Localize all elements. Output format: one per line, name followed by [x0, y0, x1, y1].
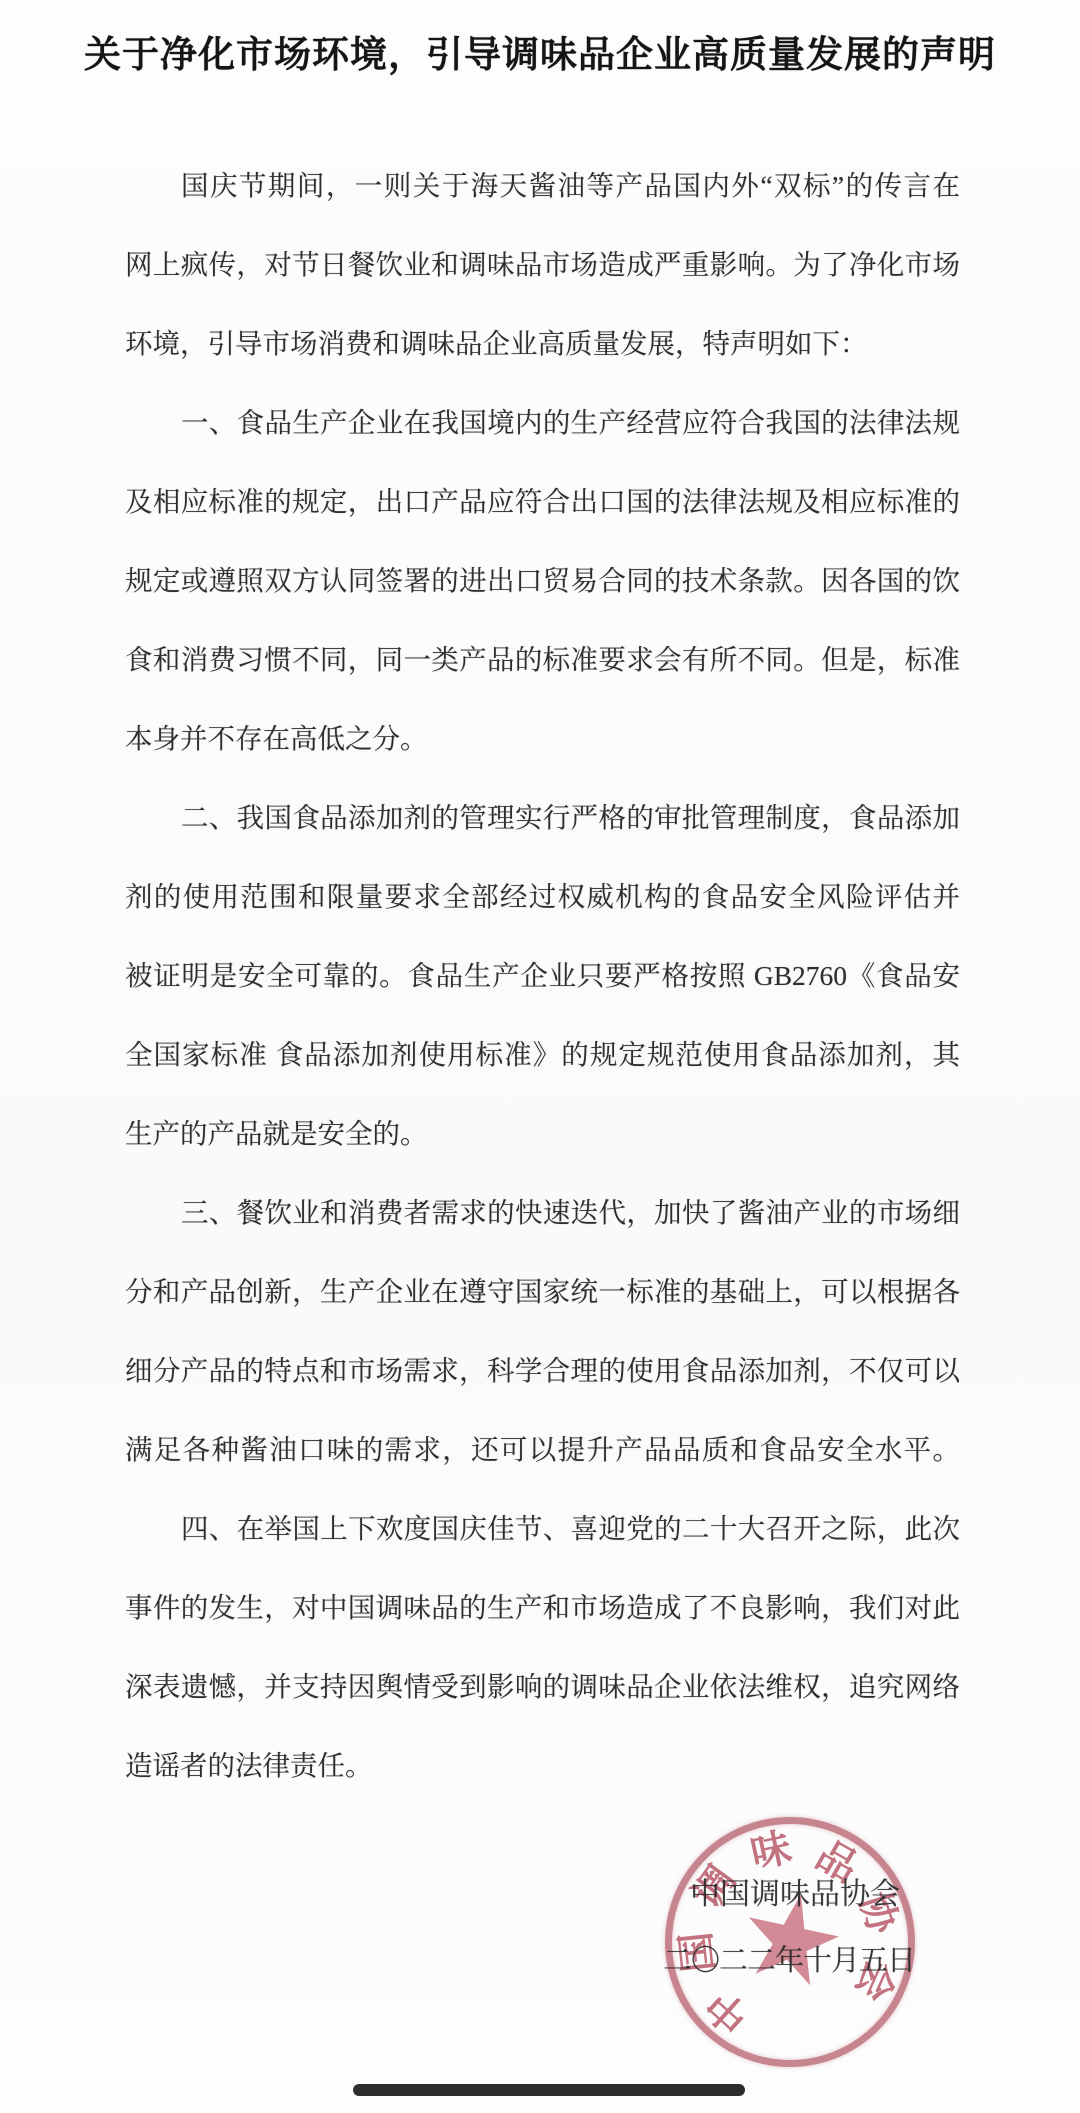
body-line: 生产的产品就是安全的。 [125, 1094, 960, 1173]
signature-date: 二〇二二年十月五日 [663, 1945, 915, 1977]
body-line: 一、食品生产企业在我国境内的生产经营应符合我国的法律法规 [125, 383, 960, 462]
body-line: 被证明是安全可靠的。食品生产企业只要严格按照 GB2760《食品安 [125, 936, 960, 1015]
home-indicator[interactable] [353, 2084, 745, 2096]
body-line: 国庆节期间，一则关于海天酱油等产品国内外“双标”的传言在 [125, 146, 960, 225]
body-line: 细分产品的特点和市场需求，科学合理的使用食品添加剂，不仅可以 [125, 1331, 960, 1410]
body-line: 深表遗憾，并支持因舆情受到影响的调味品企业依法维权，追究网络 [125, 1647, 960, 1726]
body-line: 四、在举国上下欢度国庆佳节、喜迎党的二十大召开之际，此次 [125, 1489, 960, 1568]
document-page: 关于净化市场环境，引导调味品企业高质量发展的声明 国庆节期间，一则关于海天酱油等… [0, 0, 1080, 2113]
body-line: 网上疯传，对节日餐饮业和调味品市场造成严重影响。为了净化市场 [125, 225, 960, 304]
body-line: 本身并不存在高低之分。 [125, 699, 960, 778]
body-line: 满足各种酱油口味的需求，还可以提升产品品质和食品安全水平。 [125, 1410, 960, 1489]
body-line: 造谣者的法律责任。 [125, 1726, 960, 1805]
body-line: 全国家标准 食品添加剂使用标准》的规定规范使用食品添加剂，其 [125, 1015, 960, 1094]
body-line: 规定或遵照双方认同签署的进出口贸易合同的技术条款。因各国的饮 [125, 541, 960, 620]
body-line: 及相应标准的规定，出口产品应符合出口国的法律法规及相应标准的 [125, 462, 960, 541]
body-line: 分和产品创新，生产企业在遵守国家统一标准的基础上，可以根据各 [125, 1252, 960, 1331]
official-seal: 中 国 调 味 品 协 会 [665, 1817, 915, 2067]
page-title: 关于净化市场环境，引导调味品企业高质量发展的声明 [0, 24, 1080, 78]
body-line: 食和消费习惯不同，同一类产品的标准要求会有所不同。但是，标准 [125, 620, 960, 699]
document-body: 国庆节期间，一则关于海天酱油等产品国内外“双标”的传言在 网上疯传，对节日餐饮业… [125, 146, 960, 1805]
body-line: 三、餐饮业和消费者需求的快速迭代，加快了酱油产业的市场细 [125, 1173, 960, 1252]
body-line: 二、我国食品添加剂的管理实行严格的审批管理制度，食品添加 [125, 778, 960, 857]
body-line: 环境，引导市场消费和调味品企业高质量发展，特声明如下： [125, 304, 960, 383]
seal-ring-char: 味 [747, 1827, 794, 1874]
signature-organization: 中国调味品协会 [690, 1879, 900, 1911]
body-line: 剂的使用范围和限量要求全部经过权威机构的食品安全风险评估并 [125, 857, 960, 936]
body-line: 事件的发生，对中国调味品的生产和市场造成了不良影响，我们对此 [125, 1568, 960, 1647]
